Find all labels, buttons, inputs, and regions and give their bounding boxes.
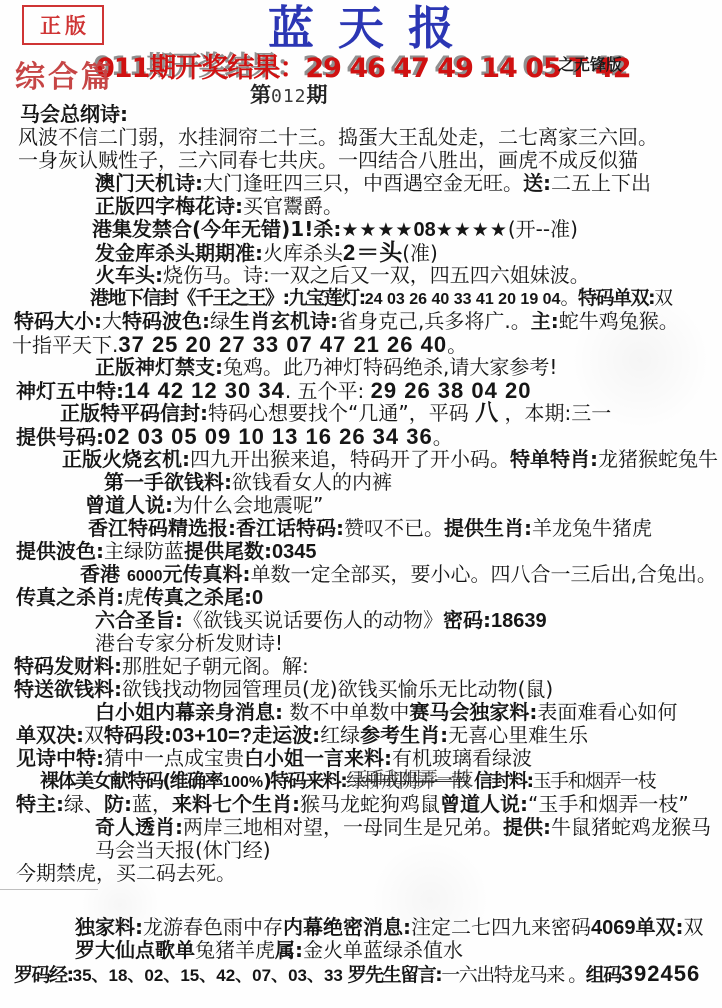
text-segment: 三一	[571, 401, 611, 425]
body-lines: 马会总纲诗:风波不信二门弱，水挂洞帘二十三。捣蛋大王乱处走，二七离家三六回。一身…	[0, 103, 722, 985]
text-segment: 港台专家分析发财诗!	[95, 631, 283, 655]
text-segment: 双	[654, 287, 672, 309]
text-segment: 37 25 20 27 33 07 47 21 26 40	[118, 332, 447, 357]
text-segment: 有机玻璃看绿波	[392, 746, 532, 770]
text-line: 港集发禁合(今年无错)1!杀:★★★★08★★★★(开--准)	[92, 218, 722, 241]
text-segment: 发金库杀头期期准:	[95, 241, 263, 265]
text-line: 提供号码:02 03 05 09 10 13 16 26 34 36。	[16, 425, 722, 448]
edition-label: 之无锋版	[558, 52, 622, 75]
text-segment: 03+10=?	[172, 725, 252, 747]
text-segment: 为什么会地震呢”	[173, 493, 323, 517]
text-line: 罗码经:35、18、02、15、42、07、03、33 罗先生留言:一六出特龙马…	[14, 962, 722, 985]
text-segment: 正版四字梅花诗:	[95, 194, 243, 218]
text-segment: 风波不信二门弱，水挂洞帘二十三。捣蛋大王乱处走，二七离家三六回。	[18, 125, 658, 149]
text-segment: 绿	[210, 309, 230, 333]
text-line: 特主:绿、防:蓝，来料七个生肖:猴马龙蛇狗鸡鼠曾道人说:“玉手和烟弄一枝”	[16, 793, 722, 816]
text-segment: 正版特平码信封:	[60, 401, 208, 425]
text-segment: 龙游春色雨中存	[143, 915, 283, 939]
text-segment: 猴马龙蛇狗鸡鼠	[300, 792, 440, 816]
text-segment: 一身灰认贼性子，三六同春七共庆。一四结合八胜出，画虎不成反似猫	[18, 148, 638, 172]
text-segment: 省身克己,兵多将广.。	[338, 309, 531, 333]
text-segment: 特码大小:	[14, 309, 102, 333]
text-line: 今期禁虎，买二码去死。	[16, 862, 722, 885]
text-segment: 香港	[80, 562, 127, 586]
text-segment: 防:	[104, 792, 132, 816]
text-segment: 罗码经:	[14, 964, 73, 986]
text-segment: 特码段:	[104, 723, 172, 747]
text-segment: 独家料:	[75, 915, 143, 939]
text-segment: 四九开出猴来追，特码开了开小码。	[190, 447, 510, 471]
text-segment: 提供:	[503, 815, 551, 839]
text-segment: 金火单蓝绿杀值水	[303, 938, 463, 962]
text-segment: 欲钱看女人的内裤	[232, 470, 392, 494]
text-segment: (开--准)	[508, 217, 578, 241]
text-segment: 主:	[531, 309, 559, 333]
text-segment: 赛马会独家料:	[409, 700, 537, 724]
text-segment: . 五个平:	[285, 379, 371, 403]
text-line: 单双决:双特码段:03+10=?走运波:红绿参考生肖:无喜心里难生乐	[16, 724, 722, 747]
text-segment: 《欲钱买说话要伤人的动物》	[183, 608, 443, 632]
text-segment: 一六出特龙马来 。	[441, 964, 586, 986]
text-segment: 提供生肖:	[444, 516, 532, 540]
text-line: 马会总纲诗:	[20, 103, 722, 126]
text-segment: 参考生肖:	[360, 723, 448, 747]
text-segment: 正版火烧玄机:	[62, 447, 190, 471]
text-line: 正版四字梅花诗:买官鬻爵。	[95, 195, 722, 218]
text-segment: ★★★★	[341, 219, 413, 241]
text-segment: 绿、	[64, 792, 104, 816]
text-segment: 。	[560, 287, 578, 309]
text-segment: 特码单双:	[578, 287, 654, 309]
text-segment: 100%	[222, 774, 263, 791]
text-line: 火车头:烧伤马。诗:一双之后又一双，四五四六姐妹波。	[95, 264, 722, 287]
text-segment: 蛇牛鸡兔猴。	[559, 309, 679, 333]
text-segment: 提供波色:	[16, 539, 104, 563]
text-line: 曾道人说:为什么会地震呢”	[85, 494, 722, 517]
text-line: 第一手欲钱料:欲钱看女人的内裤	[104, 471, 722, 494]
blank-line	[0, 885, 722, 916]
text-segment: 08	[413, 219, 435, 241]
text-segment: 见诗中特:	[16, 746, 104, 770]
text-segment: 0	[252, 587, 263, 609]
text-segment: 双	[684, 915, 704, 939]
text-segment: 4069	[591, 917, 636, 939]
text-line: 传真之杀肖:虎传真之杀尾:0	[16, 586, 722, 609]
text-segment: 羊龙兔牛猪虎	[532, 516, 652, 540]
text-segment: 正版神灯禁支:	[95, 355, 223, 379]
text-line: 风波不信二门弱，水挂洞帘二十三。捣蛋大王乱处走，二七离家三六回。	[18, 126, 722, 149]
text-segment: 392456	[621, 961, 700, 986]
text-segment: (准)	[402, 241, 438, 265]
text-segment: 红绿	[320, 723, 360, 747]
text-segment: 35、18、02、15、42、07、03、33	[73, 966, 348, 985]
text-segment: 马会当天报(休门经)	[95, 838, 271, 862]
text-segment: 传真之杀肖:	[16, 585, 124, 609]
text-segment: 兔鸡。此乃神灯特码绝杀,请大家参考!	[223, 355, 557, 379]
text-segment: 八	[475, 400, 498, 426]
text-segment: “玉手和烟弄一枝”	[528, 792, 689, 816]
text-line: 发金库杀头期期准:火库杀头2＝头(准)	[95, 241, 722, 264]
text-segment: ★★★★	[436, 219, 508, 241]
text-segment: 大门逢旺四三只，中酉遇空金无旺。	[203, 171, 523, 195]
text-segment: 走运波:	[252, 723, 320, 747]
text-segment: 特单特肖:	[510, 447, 598, 471]
text-line: 罗大仙点歌单兔猪羊虎属:金火单蓝绿杀值水	[75, 939, 722, 962]
text-segment: 赞叹不已。	[344, 516, 444, 540]
text-segment: 单双决:	[16, 723, 84, 747]
text-line: 裸体美女献特码(维确率100%)特码来料:绿柳成阴弄一散玉手和烟弄一枝 信封料:…	[40, 770, 722, 793]
text-segment: 特码来料:	[270, 770, 346, 792]
text-segment: 九宝莲灯:	[289, 287, 365, 309]
text-segment: 兔猪羊虎	[195, 938, 275, 962]
text-segment: 玉手和烟弄一枝	[533, 770, 656, 792]
text-segment: 火车头:	[95, 263, 163, 287]
text-segment: 两岸三地相对望，一母同生是兄弟。	[183, 815, 503, 839]
text-segment: 特码发财料:	[14, 654, 122, 678]
text-segment: 提供号码:	[16, 425, 104, 449]
text-segment: 组码	[586, 964, 621, 986]
text-segment: 牛鼠猪蛇鸡龙猴马	[551, 815, 711, 839]
text-segment: 2	[343, 240, 356, 265]
text-segment: 马会总纲诗:	[20, 102, 128, 126]
text-segment: 绿柳成阴弄一散玉手和烟弄一枝	[346, 770, 469, 793]
text-segment: 十指平天下.	[12, 333, 118, 357]
text-segment: 澳门天机诗:	[95, 171, 203, 195]
text-line: 香港 6000元传真料:单数一定全部买，要小心。四八合一三后出,合兔出。	[80, 563, 722, 586]
text-line: 正版火烧玄机:四九开出猴来追，特码开了开小码。特单特肖:龙猪猴蛇兔牛	[62, 448, 722, 471]
text-line: 奇人透肖:两岸三地相对望，一母同生是兄弟。提供:牛鼠猪蛇鸡龙猴马	[95, 816, 722, 839]
text-segment: 信封料:	[469, 770, 533, 792]
text-segment: 今期禁虎，买二码去死。	[16, 861, 236, 885]
text-segment: 欲钱找动物园管理员(龙)欲钱买愉乐无比动物(鼠)	[122, 677, 553, 701]
text-segment: 大	[102, 309, 122, 333]
text-segment: 特主:	[16, 792, 64, 816]
text-segment: 元传真料:	[163, 562, 251, 586]
text-segment: 无喜心里难生乐	[448, 723, 588, 747]
text-segment: 。	[433, 425, 453, 449]
text-segment: 龙猪猴蛇兔牛	[598, 447, 718, 471]
text-segment: 14 42 12 30 34	[124, 378, 285, 403]
text-segment: 数不中单数中	[283, 700, 409, 724]
text-segment: 24 03 26 40 33 41 20 19 04	[365, 291, 561, 308]
scanned-page: 正版 蓝天报 011期开奖结果：29 46 47 49 14 05 T 42 之…	[0, 0, 722, 1008]
text-segment: 提供尾数:	[184, 539, 272, 563]
text-segment: 29 26 38 04 20	[371, 378, 532, 403]
text-segment: 六合圣旨:	[95, 608, 183, 632]
text-line: 香江特码精选报:香江话特码:赞叹不已。提供生肖:羊龙兔牛猪虎	[88, 517, 722, 540]
scan-artifact-line	[0, 889, 98, 890]
text-segment: 二五上下出	[551, 171, 651, 195]
text-segment: 白小姐一言来料:	[244, 746, 392, 770]
text-segment: 双	[84, 723, 104, 747]
text-segment: 0345	[272, 541, 317, 563]
text-segment: 02 03 05 09 10 13 16 26 34 36	[104, 424, 433, 449]
text-segment: 属:	[275, 938, 303, 962]
text-segment: 特码心想要找个“几通”，平码	[208, 401, 475, 425]
text-line: 特送欲钱料:欲钱找动物园管理员(龙)欲钱买愉乐无比动物(鼠)	[14, 678, 722, 701]
text-line: 特码发财料:那胜妃子朝元阁。解:	[14, 655, 722, 678]
text-segment: 白小姐内幕亲身消息:	[95, 700, 283, 724]
text-segment: 表面难看心如何	[537, 700, 677, 724]
text-line: 见诗中特:猜中一点成宝贵白小姐一言来料:有机玻璃看绿波	[16, 747, 722, 770]
text-segment: 送:	[523, 171, 551, 195]
text-segment: 内幕绝密消息:	[283, 915, 411, 939]
text-segment: 猜中一点成宝贵	[104, 746, 244, 770]
text-segment: 曾道人说:	[440, 792, 528, 816]
text-segment: 生肖玄机诗:	[230, 309, 338, 333]
text-line: 提供波色:主绿防蓝提供尾数:0345	[16, 540, 722, 563]
text-segment: 第一手欲钱料:	[104, 470, 232, 494]
overprint-text: 玉手和烟弄一枝	[349, 768, 472, 791]
text-line: 港地下信封《千王之王》:九宝莲灯:24 03 26 40 33 41 20 19…	[90, 287, 722, 310]
text-segment: ，本期:	[498, 401, 571, 425]
text-segment: 主绿防蓝	[104, 539, 184, 563]
text-line: 特码大小:大特码波色:绿生肖玄机诗:省身克己,兵多将广.。主:蛇牛鸡兔猴。	[14, 310, 722, 333]
text-line: 港台专家分析发财诗!	[95, 632, 722, 655]
text-line: 正版神灯禁支:兔鸡。此乃神灯特码绝杀,请大家参考!	[95, 356, 722, 379]
text-segment: 单双:	[636, 915, 684, 939]
text-segment: 香江话特码:	[236, 516, 344, 540]
section-title: 综合篇	[15, 52, 114, 96]
text-segment: 烧伤马。诗:一双之后又一双，四五四六姐妹波。	[163, 263, 590, 287]
text-segment: 密码:	[443, 608, 491, 632]
text-segment: 罗大仙点歌单	[75, 938, 195, 962]
text-segment: 特码波色:	[122, 309, 210, 333]
text-segment: 港集发禁合(今年无错)1!杀:	[92, 217, 341, 241]
text-line: 十指平天下.37 25 20 27 33 07 47 21 26 40。	[12, 333, 722, 356]
text-segment: 注定二七四九来密码	[411, 915, 591, 939]
text-line: 白小姐内幕亲身消息: 数不中单数中赛马会独家料:表面难看心如何	[95, 701, 722, 724]
text-segment: 特送欲钱料:	[14, 677, 122, 701]
text-segment: 曾道人说:	[85, 493, 173, 517]
text-segment: 罗先生留言:	[348, 964, 442, 986]
text-segment: 那胜妃子朝元阁。解:	[122, 654, 309, 678]
text-segment: 香江特码精选报:	[88, 516, 236, 540]
text-line: 独家料:龙游春色雨中存内幕绝密消息:注定二七四九来密码4069单双:双	[75, 916, 722, 939]
text-segment: 蓝，	[132, 792, 172, 816]
text-segment: 虎	[124, 585, 144, 609]
text-segment: 买官鬻爵。	[243, 194, 343, 218]
text-segment: 单数一定全部买，要小心。四八合一三后出,合兔出。	[251, 562, 717, 586]
text-segment: 传真之杀尾:	[144, 585, 252, 609]
text-line: 神灯五中特:14 42 12 30 34. 五个平: 29 26 38 04 2…	[16, 379, 722, 402]
text-line: 马会当天报(休门经)	[95, 839, 722, 862]
text-segment: 裸体美女献特码(维确率	[40, 770, 222, 792]
text-line: 正版特平码信封:特码心想要找个“几通”，平码 八 ，本期:三一	[60, 402, 722, 425]
text-segment: 18639	[491, 610, 547, 632]
text-line: 六合圣旨:《欲钱买说话要伤人的动物》密码:18639	[95, 609, 722, 632]
text-segment: 来料七个生肖:	[172, 792, 300, 816]
text-segment: 火库杀头	[263, 241, 343, 265]
text-line: 一身灰认贼性子，三六同春七共庆。一四结合八胜出，画虎不成反似猫	[18, 149, 722, 172]
text-segment: 港地下信封《千王之王》:	[90, 287, 289, 309]
text-segment: 奇人透肖:	[95, 815, 183, 839]
text-segment: 6000	[127, 568, 163, 585]
text-line: 澳门天机诗:大门逢旺四三只，中酉遇空金无旺。送:二五上下出	[95, 172, 722, 195]
text-segment: 。	[447, 333, 467, 357]
text-segment: 神灯五中特:	[16, 379, 124, 403]
draw-result-banner: 011期开奖结果：29 46 47 49 14 05 T 42	[96, 46, 631, 85]
